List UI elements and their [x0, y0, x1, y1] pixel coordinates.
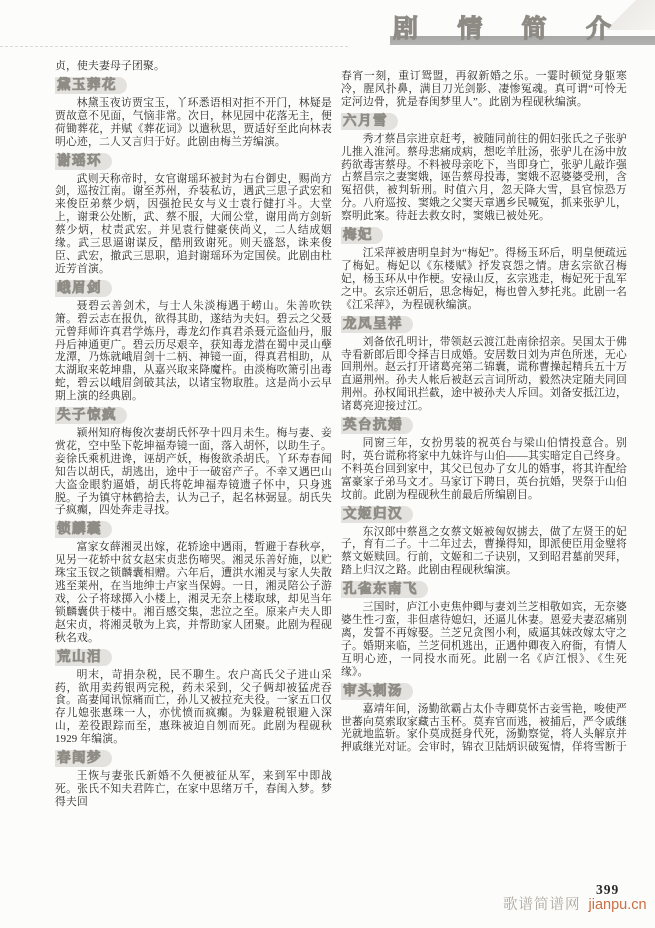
continuation-paragraph: 贞，使夫妻母子团聚。	[55, 60, 332, 73]
header-char: 简	[522, 14, 547, 44]
play-synopsis: 刘备依孔明计，带领赵云渡江赴南徐招亲。吴国太于佛寺看新郎后即令择吉日成婚。安居数…	[341, 336, 627, 413]
play-title-label: 六月雪	[341, 113, 398, 130]
page-fold-line	[0, 46, 348, 47]
play-title: 峨眉剑	[55, 280, 332, 297]
play-title-label: 梅妃	[341, 227, 383, 244]
play-synopsis: 颍州知府梅俊次妻胡氏怀孕十四月未生。梅与妻、妾赏花，空中坠下乾坤福寿镜一面，落入…	[55, 427, 332, 517]
play-section: 英台抗婚 同窗三年，女扮男装的祝英台与梁山伯情投意合。别时，英台谎称将家中九妹许…	[341, 417, 627, 502]
play-title-label: 荒山泪	[55, 649, 112, 666]
play-title-label: 文姬归汉	[341, 506, 413, 523]
play-section: 谢瑶环 武则天称帝时，女官谢瑶环被封为右台御史，赐尚方剑，巡按江南。谢至苏州，乔…	[55, 153, 332, 276]
play-synopsis: 江采萍被唐明皇封为“梅妃”。得杨玉环后，明皇便疏远了梅妃。梅妃以《东楼赋》抒发哀…	[341, 247, 627, 312]
play-synopsis: 林黛玉夜访贾宝玉，丫环悉语相对拒不开门，林疑是贾故意不见面，气恼非常。次日，林见…	[55, 97, 332, 149]
continuation-paragraph: 春宵一刻，重订鸳盟，再叙新婚之乐。一霎时顿觉身躯寒冷，腥风扑鼻，满目刀光剑影、凄…	[341, 70, 627, 109]
play-title-label: 英台抗婚	[341, 417, 413, 434]
play-section: 荒山泪 明末，苛捐杂税，民不聊生。农户高氏父子进山采药，欲用卖药银两完税，药未采…	[55, 649, 332, 746]
play-title: 春闺梦	[55, 750, 332, 767]
play-section: 文姬归汉 东汉郎中蔡邕之女蔡文姬被匈奴掳去，做了左贤王的妃子，育有二子。十二年过…	[341, 506, 627, 578]
header-char: 介	[586, 14, 611, 44]
header-char: 剧	[393, 14, 418, 44]
play-section: 锁麟囊 富家女薛湘灵出嫁，花轿途中遇雨，暂避于春秋亭，见另一花轿中贫女赵宋贞悲伤…	[55, 521, 332, 644]
play-section: 黛玉葬花 林黛玉夜访贾宝玉，丫环悉语相对拒不开门，林疑是贾故意不见面，气恼非常。…	[55, 77, 332, 149]
play-title-label: 春闺梦	[55, 750, 112, 767]
play-synopsis: 武则天称帝时，女官谢瑶环被封为右台御史，赐尚方剑，巡按江南。谢至苏州，乔装私访，…	[55, 173, 332, 276]
play-synopsis: 嘉靖年间，汤勤欲霸占太仆寺卿莫怀古妾雪艳，唆使严世蕃向莫索取家藏古玉杯。莫弃官而…	[341, 703, 627, 755]
play-synopsis: 三国时，庐江小吏焦仲卿与妻刘兰芝相敬如宾，无奈婆婆生性刁蛮，非但虐待媳妇，还逼儿…	[341, 601, 627, 678]
play-title-label: 黛玉葬花	[55, 77, 127, 94]
play-title: 文姬归汉	[341, 506, 627, 523]
play-synopsis: 富家女薛湘灵出嫁，花轿途中遇雨，暂避于春秋亭，见另一花轿中贫女赵宋贞悲伤啼哭。湘…	[55, 541, 332, 644]
scanned-book-page: 剧 情 简 介 贞，使夫妻母子团聚。 黛玉葬花 林黛玉夜访贾宝玉，丫环悉语相对拒…	[0, 0, 655, 928]
play-section: 六月雪 秀才蔡昌宗进京赶考，被随同前往的佣妇张氏之子张驴儿推入淮河。蔡母悲痛成病…	[341, 113, 627, 223]
watermark-site-url: jianpu.cn	[589, 897, 647, 913]
play-title: 六月雪	[341, 113, 627, 130]
play-section: 梅妃 江采萍被唐明皇封为“梅妃”。得杨玉环后，明皇便疏远了梅妃。梅妃以《东楼赋》…	[341, 227, 627, 312]
play-title: 失子惊疯	[55, 407, 332, 424]
play-synopsis: 明末，苛捐杂税，民不聊生。农户高氏父子进山采药，欲用卖药银两完税，药未采到，父子…	[55, 669, 332, 746]
play-section: 春闺梦 王恢与妻张氏新婚不久便被征从军，来到军中即战死。张氏不知夫君阵亡，在家中…	[55, 750, 332, 809]
play-synopsis: 秀才蔡昌宗进京赶考，被随同前往的佣妇张氏之子张驴儿推入淮河。蔡母悲痛成病，想吃羊…	[341, 133, 627, 223]
play-title: 锁麟囊	[55, 521, 332, 538]
play-title-label: 峨眉剑	[55, 280, 112, 297]
play-title-label: 谢瑶环	[55, 153, 112, 170]
play-section: 孔雀东南飞 三国时，庐江小吏焦仲卿与妻刘兰芝相敬如宾，无奈婆婆生性刁蛮，非但虐待…	[341, 581, 627, 678]
page-header-title: 剧 情 简 介	[393, 14, 611, 44]
play-synopsis: 聂碧云善剑术，与士人朱淡梅遇于崂山。朱善吹铁箫。碧云志在报仇，欲得其助，遂结为夫…	[55, 300, 332, 403]
play-section: 峨眉剑 聂碧云善剑术，与士人朱淡梅遇于崂山。朱善吹铁箫。碧云志在报仇，欲得其助，…	[55, 280, 332, 403]
play-title-label: 审头刺汤	[341, 683, 413, 700]
watermark-site-name: 歌谱简谱网	[503, 897, 581, 913]
right-column: 春宵一刻，重订鸳盟，再叙新婚之乐。一霎时顿觉身躯寒冷，腥风扑鼻，满目刀光剑影、凄…	[341, 70, 627, 864]
play-title: 审头刺汤	[341, 683, 627, 700]
play-title: 谢瑶环	[55, 153, 332, 170]
play-section: 失子惊疯 颍州知府梅俊次妻胡氏怀孕十四月未生。梅与妻、妾赏花，空中坠下乾坤福寿镜…	[55, 407, 332, 517]
header-char: 情	[457, 14, 482, 44]
play-synopsis: 王恢与妻张氏新婚不久便被征从军，来到军中即战死。张氏不知夫君阵亡，在家中思绪万千…	[55, 770, 332, 809]
play-synopsis: 东汉郎中蔡邕之女蔡文姬被匈奴掳去，做了左贤王的妃子，育有二子。十二年过去，曹操得…	[341, 526, 627, 578]
play-title: 孔雀东南飞	[341, 581, 627, 598]
play-title: 黛玉葬花	[55, 77, 332, 94]
play-title: 英台抗婚	[341, 417, 627, 434]
watermark: 歌谱简谱网 jianpu.cn	[503, 893, 647, 914]
play-section: 龙凤呈祥 刘备依孔明计，带领赵云渡江赴南徐招亲。吴国太于佛寺看新郎后即令择吉日成…	[341, 316, 627, 413]
play-title-label: 孔雀东南飞	[341, 581, 428, 598]
play-synopsis: 同窗三年，女扮男装的祝英台与梁山伯情投意合。别时，英台谎称将家中九妹许与山伯——…	[341, 437, 627, 502]
play-section: 审头刺汤 嘉靖年间，汤勤欲霸占太仆寺卿莫怀古妾雪艳，唆使严世蕃向莫索取家藏古玉杯…	[341, 683, 627, 755]
play-title: 荒山泪	[55, 649, 332, 666]
play-title: 龙凤呈祥	[341, 316, 627, 333]
play-title-label: 失子惊疯	[55, 407, 127, 424]
play-title-label: 龙凤呈祥	[341, 316, 413, 333]
play-title-label: 锁麟囊	[55, 521, 112, 538]
play-title: 梅妃	[341, 227, 627, 244]
left-column: 贞，使夫妻母子团聚。 黛玉葬花 林黛玉夜访贾宝玉，丫环悉语相对拒不开门，林疑是贾…	[55, 60, 332, 864]
